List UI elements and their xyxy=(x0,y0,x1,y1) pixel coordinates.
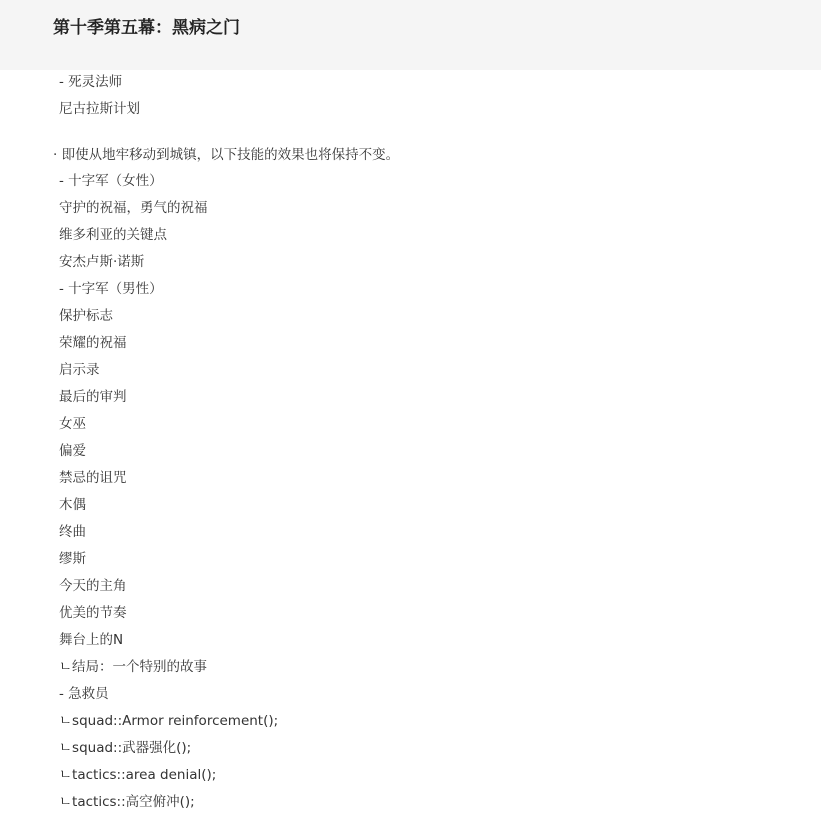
text-line: 偏爱 xyxy=(59,441,86,461)
text-line: 木偶 xyxy=(59,495,86,515)
text-line: 安杰卢斯·诺斯 xyxy=(59,252,144,272)
text-line: 女巫 xyxy=(59,414,86,434)
page-title: 第十季第五幕：黑病之门 xyxy=(53,16,240,40)
text-line: 终曲 xyxy=(59,522,86,542)
text-line: 启示录 xyxy=(59,360,100,380)
text-line: 保护标志 xyxy=(59,306,113,326)
text-line: 今天的主角 xyxy=(59,576,127,596)
text-line: ㄴ结局：一个特别的故事 xyxy=(59,657,207,677)
text-line: · 即使从地牢移动到城镇，以下技能的效果也将保持不变。 xyxy=(53,145,399,165)
text-line: 最后的审判 xyxy=(59,387,127,407)
page-header: 第十季第五幕：黑病之门 xyxy=(0,0,821,70)
text-line: - 死灵法师 xyxy=(59,72,122,92)
text-line: ㄴtactics::area denial(); xyxy=(59,765,216,785)
text-line: 禁忌的诅咒 xyxy=(59,468,127,488)
text-line: ㄴsquad::武器强化(); xyxy=(59,738,191,758)
text-line: 缪斯 xyxy=(59,549,86,569)
text-line: 荣耀的祝福 xyxy=(59,333,127,353)
text-line: - 十字军（男性） xyxy=(59,279,163,299)
text-line: ㄴsquad::Armor reinforcement(); xyxy=(59,711,278,731)
text-line: 尼古拉斯计划 xyxy=(59,99,140,119)
text-line: 维多利亚的关键点 xyxy=(59,225,167,245)
text-line: 守护的祝福，勇气的祝福 xyxy=(59,198,208,218)
text-line: - 十字军（女性） xyxy=(59,171,163,191)
text-line: ㄴtactics::高空俯冲(); xyxy=(59,792,195,812)
text-line: 优美的节奏 xyxy=(59,603,127,623)
text-line: 舞台上的N xyxy=(59,630,123,650)
text-line: - 急救员 xyxy=(59,684,109,704)
